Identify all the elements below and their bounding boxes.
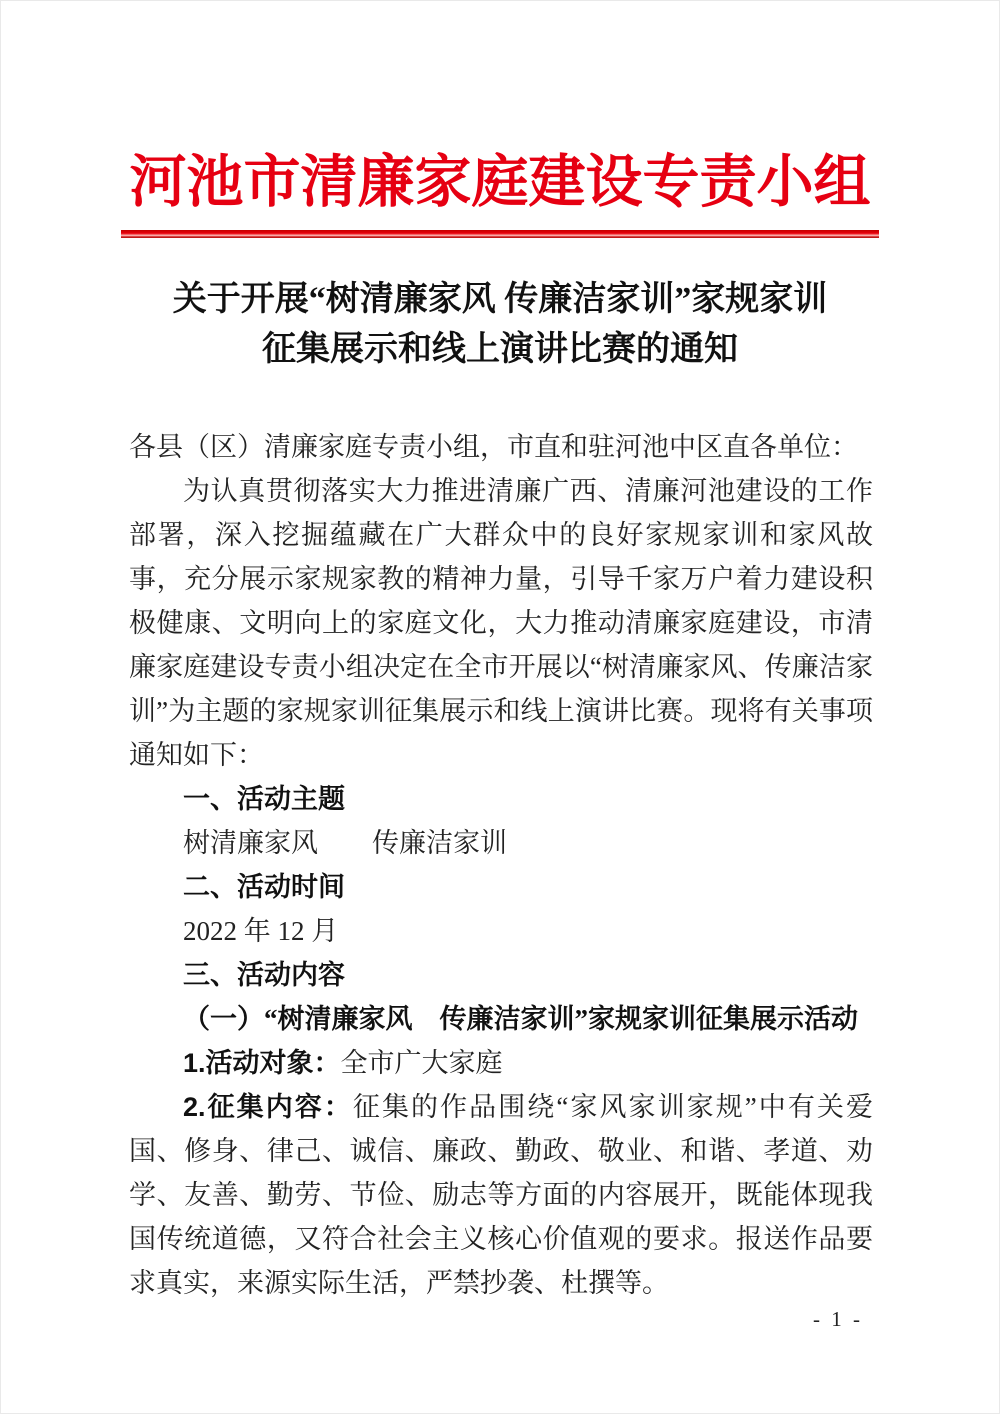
section-2-heading: 二、活动时间 [129, 865, 873, 909]
item-2-label: 2.征集内容： [183, 1092, 353, 1122]
section-1-content: 树清廉家风 传廉洁家训 [129, 821, 873, 865]
subsection-1-heading: （一）“树清廉家风 传廉洁家训”家规家训征集展示活动 [129, 997, 873, 1041]
intro-paragraph: 为认真贯彻落实大力推进清廉广西、清廉河池建设的工作部署，深入挖掘蕴藏在广大群众中… [129, 469, 873, 777]
item-1-text: 全市广大家庭 [341, 1048, 503, 1078]
item-1-paragraph: 1.活动对象：全市广大家庭 [129, 1041, 873, 1085]
document-title-line-2: 征集展示和线上演讲比赛的通知 [1, 325, 999, 375]
letterhead-org-name: 河池市清廉家庭建设专责小组 [1, 147, 999, 219]
item-2-text: 征集的作品围绕“家风家训家规”中有关爱国、修身、律己、诚信、廉政、勤政、敬业、和… [129, 1092, 873, 1298]
document-title-line-1: 关于开展“树清廉家风 传廉洁家训”家规家训 [1, 275, 999, 325]
document-page: 河池市清廉家庭建设专责小组 关于开展“树清廉家风 传廉洁家训”家规家训 征集展示… [0, 0, 1000, 1414]
item-2-paragraph: 2.征集内容：征集的作品围绕“家风家训家规”中有关爱国、修身、律己、诚信、廉政、… [129, 1085, 873, 1305]
section-1-heading: 一、活动主题 [129, 777, 873, 821]
section-3-heading: 三、活动内容 [129, 953, 873, 997]
salutation-line: 各县（区）清廉家庭专责小组，市直和驻河池中区直各单位： [129, 425, 873, 469]
document-title: 关于开展“树清廉家风 传廉洁家训”家规家训 征集展示和线上演讲比赛的通知 [1, 275, 999, 375]
document-body: 各县（区）清廉家庭专责小组，市直和驻河池中区直各单位： 为认真贯彻落实大力推进清… [129, 425, 873, 1305]
section-2-content: 2022 年 12 月 [129, 909, 873, 953]
letterhead-red-divider [121, 230, 879, 238]
item-1-label: 1.活动对象： [183, 1048, 341, 1078]
page-number: - 1 - [813, 1307, 863, 1332]
